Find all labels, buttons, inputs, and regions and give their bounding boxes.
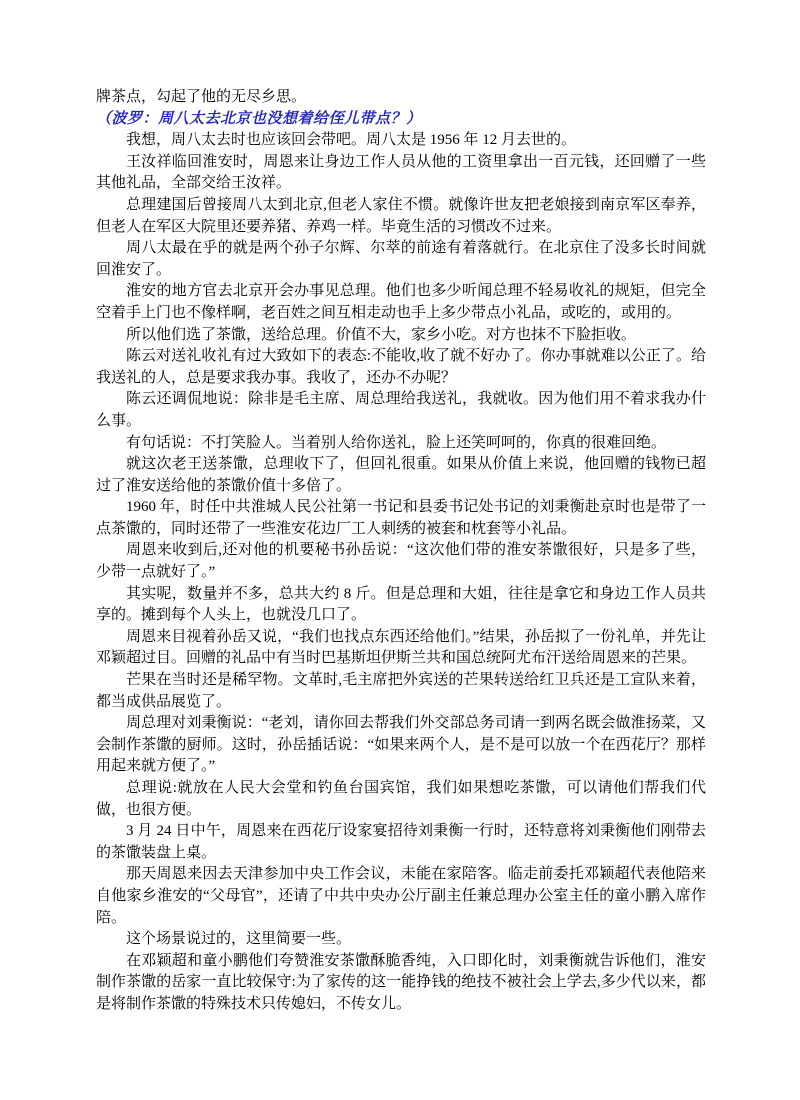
paragraph-continuation: 牌茶点，勾起了他的无尽乡思。 — [96, 87, 706, 109]
paragraph: 王汝祥临回淮安时，周恩来让身边工作人员从他的工资里拿出一百元钱，还回赠了一些其他… — [96, 152, 706, 195]
paragraph: 陈云对送礼收礼有过大致如下的表态:不能收,收了就不好办了。你办事就难以公正了。给… — [96, 346, 706, 389]
paragraph: 陈云还调侃地说：除非是毛主席、周总理给我送礼，我就收。因为他们用不着求我办什么事… — [96, 389, 706, 432]
paragraph: 总理建国后曾接周八太到北京,但老人家住不惯。就像许世友把老娘接到南京军区奉养，但… — [96, 195, 706, 238]
paragraph: 周恩来目视着孙岳又说，“我们也找点东西还给他们。”结果，孙岳拟了一份礼单，并先让… — [96, 627, 706, 670]
paragraph: 就这次老王送茶馓，总理收下了，但回礼很重。如果从价值上来说，他回赠的钱物已超过了… — [96, 454, 706, 497]
paragraph: 周总理对刘秉衡说：“老刘，请你回去帮我们外交部总务司请一到两名既会做淮扬菜，又会… — [96, 713, 706, 778]
paragraph: 有句话说：不打笑脸人。当着别人给你送礼，脸上还笑呵呵的，你真的很难回绝。 — [96, 433, 706, 455]
paragraph: 3 月 24 日中午，周恩来在西花厅设家宴招待刘秉衡一行时，还特意将刘秉衡他们刚… — [96, 821, 706, 864]
document-body: 牌茶点，勾起了他的无尽乡思。 （波罗：周八太去北京也没想着给侄儿带点？） 我想，… — [96, 87, 706, 1016]
paragraph: 周恩来收到后,还对他的机要秘书孙岳说：“这次他们带的淮安茶馓很好，只是多了些，少… — [96, 540, 706, 583]
paragraph: 芒果在当时还是稀罕物。文革时,毛主席把外宾送的芒果转送给红卫兵还是工宣队来着，都… — [96, 670, 706, 713]
paragraph: 淮安的地方官去北京开会办事见总理。他们也多少听闻总理不轻易收礼的规矩，但完全空着… — [96, 281, 706, 324]
paragraph: 周八太最在乎的就是两个孙子尔辉、尔萃的前途有着落就行。在北京住了没多长时间就回淮… — [96, 238, 706, 281]
paragraph: 总理说:就放在人民大会堂和钓鱼台国宾馆，我们如果想吃茶馓，可以请他们帮我们代做，… — [96, 778, 706, 821]
paragraph: 我想，周八太去时也应该回会带吧。周八太是 1956 年 12 月去世的。 — [96, 130, 706, 152]
annotation-line: （波罗：周八太去北京也没想着给侄儿带点？） — [96, 109, 706, 131]
paragraph: 在邓颖超和童小鹏他们夸赞淮安茶馓酥脆香纯，入口即化时，刘秉衡就告诉他们，淮安制作… — [96, 951, 706, 1016]
paragraph: 所以他们选了茶馓，送给总理。价值不大，家乡小吃。对方也抹不下脸拒收。 — [96, 325, 706, 347]
paragraph: 1960 年，时任中共淮城人民公社第一书记和县委书记处书记的刘秉衡赴京时也是带了… — [96, 497, 706, 540]
paragraph: 那天周恩来因去天津参加中央工作会议，未能在家陪客。临走前委托邓颖超代表他陪来自他… — [96, 864, 706, 929]
paragraph: 这个场景说过的，这里简要一些。 — [96, 929, 706, 951]
document-page: 牌茶点，勾起了他的无尽乡思。 （波罗：周八太去北京也没想着给侄儿带点？） 我想，… — [0, 0, 800, 1100]
paragraph: 其实呢，数量并不多，总共大约 8 斤。但是总理和大姐，往往是拿它和身边工作人员共… — [96, 584, 706, 627]
